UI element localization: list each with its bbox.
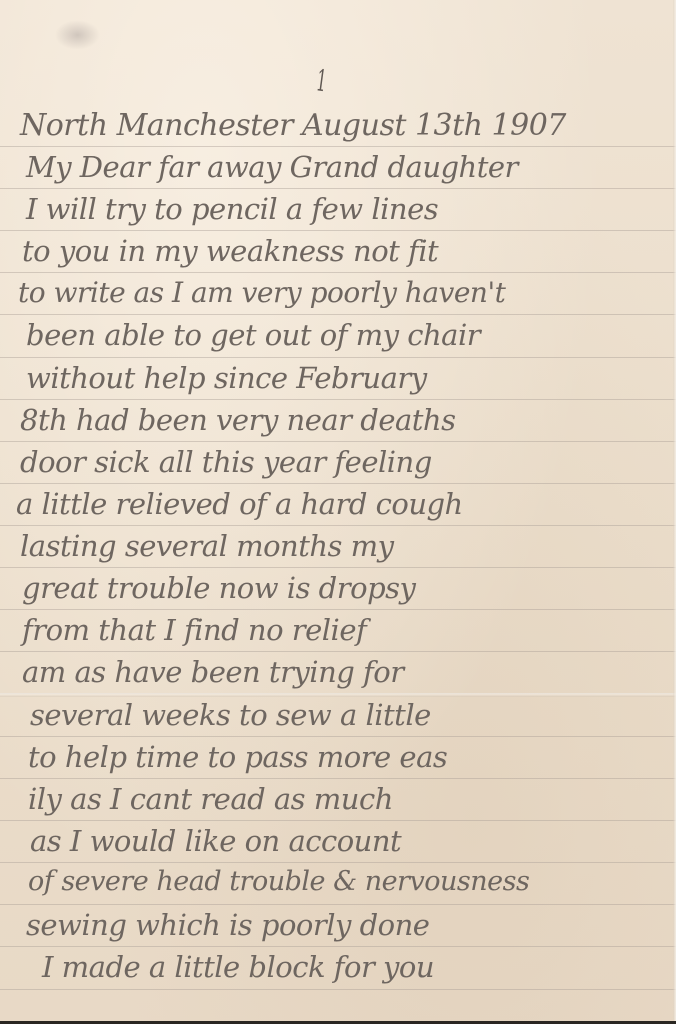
letter-body-line: lasting several months my bbox=[20, 529, 394, 563]
letter-salutation-line: My Dear far away Grand daughter bbox=[26, 150, 518, 184]
ruled-line bbox=[0, 778, 676, 779]
pencil-smudge bbox=[55, 20, 100, 50]
letter-body-line: of severe head trouble & nervousness bbox=[28, 866, 529, 897]
ruled-line bbox=[0, 188, 676, 189]
ruled-line bbox=[0, 651, 676, 652]
letter-body-line: to write as I am very poorly haven't bbox=[18, 276, 505, 309]
ruled-line bbox=[0, 946, 676, 947]
letter-body-line: to help time to pass more eas bbox=[28, 740, 447, 774]
letter-body-line: I made a little block for you bbox=[42, 950, 434, 984]
letter-body-line: sewing which is poorly done bbox=[26, 908, 429, 942]
ruled-line bbox=[0, 357, 676, 358]
ruled-line bbox=[0, 820, 676, 821]
letter-body-line: from that I find no relief bbox=[22, 613, 366, 647]
letter-heading-line: North Manchester August 13th 1907 bbox=[20, 108, 566, 143]
ruled-line bbox=[0, 483, 676, 484]
ruled-line bbox=[0, 230, 676, 231]
letter-body-line: ily as I cant read as much bbox=[28, 782, 393, 816]
letter-body-line: without help since February bbox=[26, 361, 427, 395]
ruled-line bbox=[0, 399, 676, 400]
ruled-line bbox=[0, 609, 676, 610]
letter-body-line: great trouble now is dropsy bbox=[22, 571, 415, 605]
ruled-line bbox=[0, 736, 676, 737]
letter-body-line: a little relieved of a hard cough bbox=[16, 487, 463, 521]
ruled-line bbox=[0, 904, 676, 905]
letter-body-line: been able to get out of my chair bbox=[26, 318, 480, 352]
letter-body-line: I will try to pencil a few lines bbox=[26, 192, 438, 226]
letter-page: 1 North Manchester August 13th 1907 My D… bbox=[0, 0, 676, 1024]
ruled-line bbox=[0, 146, 676, 147]
ruled-line bbox=[0, 525, 676, 526]
ruled-line bbox=[0, 862, 676, 863]
letter-body-line: to you in my weakness not fit bbox=[22, 234, 438, 268]
page-number: 1 bbox=[316, 63, 327, 99]
ruled-line bbox=[0, 314, 676, 315]
ruled-line bbox=[0, 272, 676, 273]
ruled-line bbox=[0, 989, 676, 990]
paper-fold-crease bbox=[0, 693, 676, 697]
letter-body-line: as I would like on account bbox=[30, 824, 401, 858]
letter-body-line: door sick all this year feeling bbox=[20, 445, 432, 479]
ruled-line bbox=[0, 441, 676, 442]
letter-body-line: 8th had been very near deaths bbox=[20, 403, 455, 437]
ruled-line bbox=[0, 567, 676, 568]
letter-body-line: several weeks to sew a little bbox=[30, 698, 431, 732]
letter-body-line: am as have been trying for bbox=[22, 655, 404, 689]
